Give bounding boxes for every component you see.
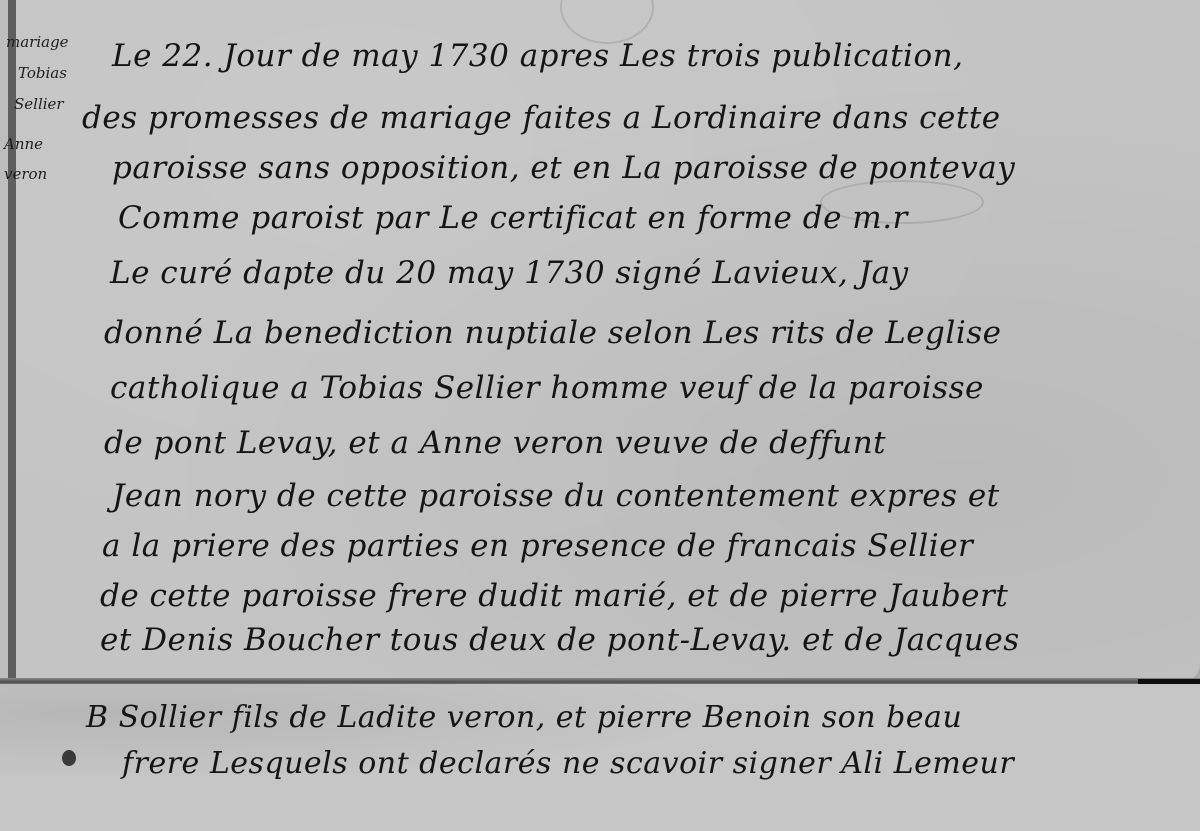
entry-line: Le 22. Jour de may 1730 apres Les trois … bbox=[112, 38, 963, 74]
entry-line: donné La benediction nuptiale selon Les … bbox=[104, 315, 1001, 351]
margin-note-line: Tobias bbox=[18, 63, 67, 84]
entry-line: de pont Levay, et a Anne veron veuve de … bbox=[104, 425, 886, 461]
entry-line: a la priere des parties en presence de f… bbox=[102, 528, 973, 564]
margin-note-line: veron bbox=[4, 164, 47, 185]
entry-line: Comme paroist par Le certificat en forme… bbox=[118, 200, 908, 236]
entry-line: paroisse sans opposition, et en La paroi… bbox=[112, 150, 1015, 186]
entry-line: B Sollier fils de Ladite veron, et pierr… bbox=[86, 700, 962, 735]
entry-line: des promesses de mariage faites a Lordin… bbox=[82, 100, 1001, 136]
margin-note-line: Anne bbox=[4, 134, 43, 155]
register-page-lower: B Sollier fils de Ladite veron, et pierr… bbox=[0, 684, 1200, 831]
entry-line: Jean nory de cette paroisse du contentem… bbox=[112, 478, 1000, 514]
entry-line: Le curé dapte du 20 may 1730 signé Lavie… bbox=[110, 255, 909, 291]
margin-note-line: Sellier bbox=[14, 94, 64, 115]
ink-blot bbox=[62, 750, 76, 766]
entry-line: catholique a Tobias Sellier homme veuf d… bbox=[110, 370, 984, 406]
entry-line: frere Lesquels ont declarés ne scavoir s… bbox=[122, 746, 1014, 781]
register-page-upper: mariage Tobias Sellier Anne veron Le 22.… bbox=[0, 0, 1200, 682]
page-edge-strip bbox=[0, 0, 8, 682]
margin-note-line: mariage bbox=[6, 32, 69, 53]
entry-line: et Denis Boucher tous deux de pont-Levay… bbox=[100, 622, 1020, 658]
entry-line: de cette paroisse frere dudit marié, et … bbox=[100, 578, 1008, 614]
document-scan-viewport: mariage Tobias Sellier Anne veron Le 22.… bbox=[0, 0, 1200, 831]
